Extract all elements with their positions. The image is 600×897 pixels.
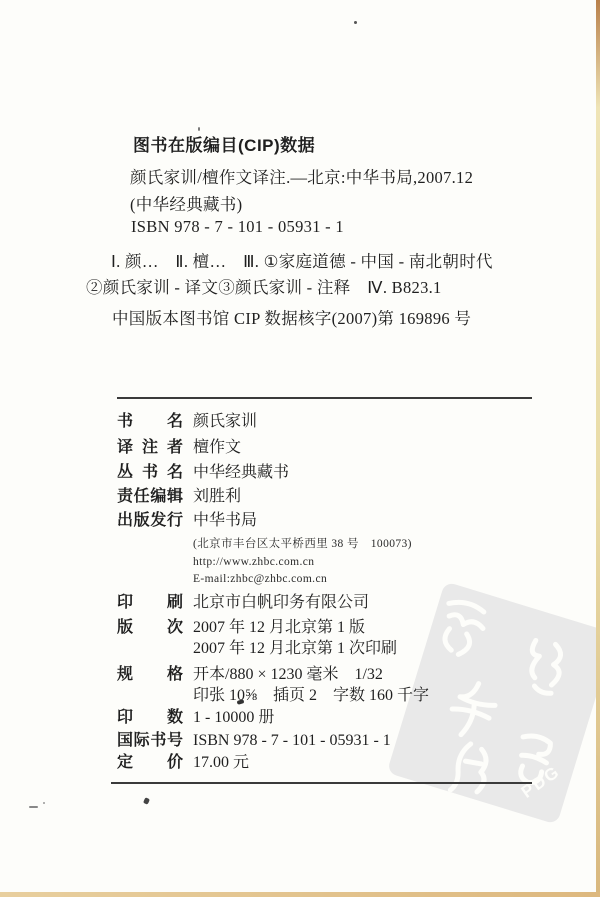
row-label: 丛书名 [117, 464, 183, 482]
row-value: 中华书局 [193, 512, 257, 530]
row-value: 1 - 10000 册 [193, 709, 274, 727]
scan-speck [354, 21, 357, 24]
divider-bottom [111, 782, 532, 784]
row-value: 17.00 元 [193, 754, 249, 772]
page-edge-right [596, 0, 600, 897]
colophon-row-format: 规格 开本/880 × 1230 毫米 1/32 [0, 666, 600, 686]
row-label: 版次 [117, 619, 183, 637]
row-value: 北京市白帆印务有限公司 [193, 594, 369, 612]
sheets-pages-line: 印张 10⅝ 插页 2 字数 160 千字 [193, 687, 429, 705]
scan-speck [29, 806, 38, 808]
book-copyright-page: PDG 图书在版编目(CIP)数据 颜氏家训/檀作文译注.—北京:中华书局,20… [0, 0, 600, 897]
row-value: 开本/880 × 1230 毫米 1/32 [193, 666, 383, 684]
row-value: 檀作文 [193, 439, 241, 457]
colophon-row-isbn: 国际书号 ISBN 978 - 7 - 101 - 05931 - 1 [0, 732, 600, 752]
page-edge-bottom [0, 892, 600, 897]
cip-line-class-1: Ⅰ. 颜… Ⅱ. 檀… Ⅲ. ①家庭道德 - 中国 - 南北朝时代 [111, 248, 493, 272]
row-value: 刘胜利 [193, 488, 241, 506]
row-label: 印数 [117, 709, 183, 727]
divider-top [117, 397, 532, 399]
colophon-row-printer: 印刷 北京市白帆印务有限公司 [0, 594, 600, 614]
colophon-row-edition: 版次 2007 年 12 月北京第 1 版 [0, 619, 600, 639]
colophon-row-series: 丛书名 中华经典藏书 [0, 464, 600, 484]
colophon-row-price: 定价 17.00 元 [0, 754, 600, 774]
cip-line-title: 颜氏家训/檀作文译注.—北京:中华书局,2007.12 [130, 164, 473, 188]
row-label: 出版发行 [117, 512, 183, 530]
row-label: 印刷 [117, 594, 183, 612]
publisher-email: E-mail:zhbc@zhbc.com.cn [193, 573, 327, 586]
scan-speck [43, 802, 45, 804]
row-value: ISBN 978 - 7 - 101 - 05931 - 1 [193, 732, 391, 750]
colophon-row-editor: 责任编辑 刘胜利 [0, 488, 600, 508]
colophon-row-publisher: 出版发行 中华书局 [0, 512, 600, 532]
edition-printing-line: 2007 年 12 月北京第 1 次印刷 [193, 640, 397, 658]
cip-line-class-2: ②颜氏家训 - 译文③颜氏家训 - 注释 Ⅳ. B823.1 [86, 274, 442, 298]
cip-header: 图书在版编目(CIP)数据 [133, 131, 315, 156]
row-label: 定价 [117, 754, 183, 772]
row-label: 书名 [117, 413, 183, 431]
row-value: 颜氏家训 [193, 413, 257, 431]
row-label: 责任编辑 [117, 488, 183, 506]
row-label: 国际书号 [117, 732, 183, 750]
row-value: 中华经典藏书 [193, 464, 289, 482]
row-value: 2007 年 12 月北京第 1 版 [193, 619, 365, 637]
colophon-row-annotator: 译注者 檀作文 [0, 439, 600, 459]
colophon-row-print-run: 印数 1 - 10000 册 [0, 709, 600, 729]
row-label: 译注者 [117, 439, 183, 457]
page-content: 图书在版编目(CIP)数据 颜氏家训/檀作文译注.—北京:中华书局,2007.1… [0, 0, 600, 897]
publisher-url: http://www.zhbc.com.cn [193, 556, 314, 569]
colophon-row-title: 书名 颜氏家训 [0, 413, 600, 433]
scan-speck [143, 797, 150, 805]
row-label: 规格 [117, 666, 183, 684]
publisher-address: (北京市丰台区太平桥西里 38 号 100073) [193, 538, 412, 551]
cip-line-isbn: ISBN 978 - 7 - 101 - 05931 - 1 [131, 217, 344, 237]
cip-line-series: (中华经典藏书) [130, 191, 242, 215]
scan-speck [198, 127, 200, 131]
cip-line-record: 中国版本图书馆 CIP 数据核字(2007)第 169896 号 [112, 305, 471, 329]
